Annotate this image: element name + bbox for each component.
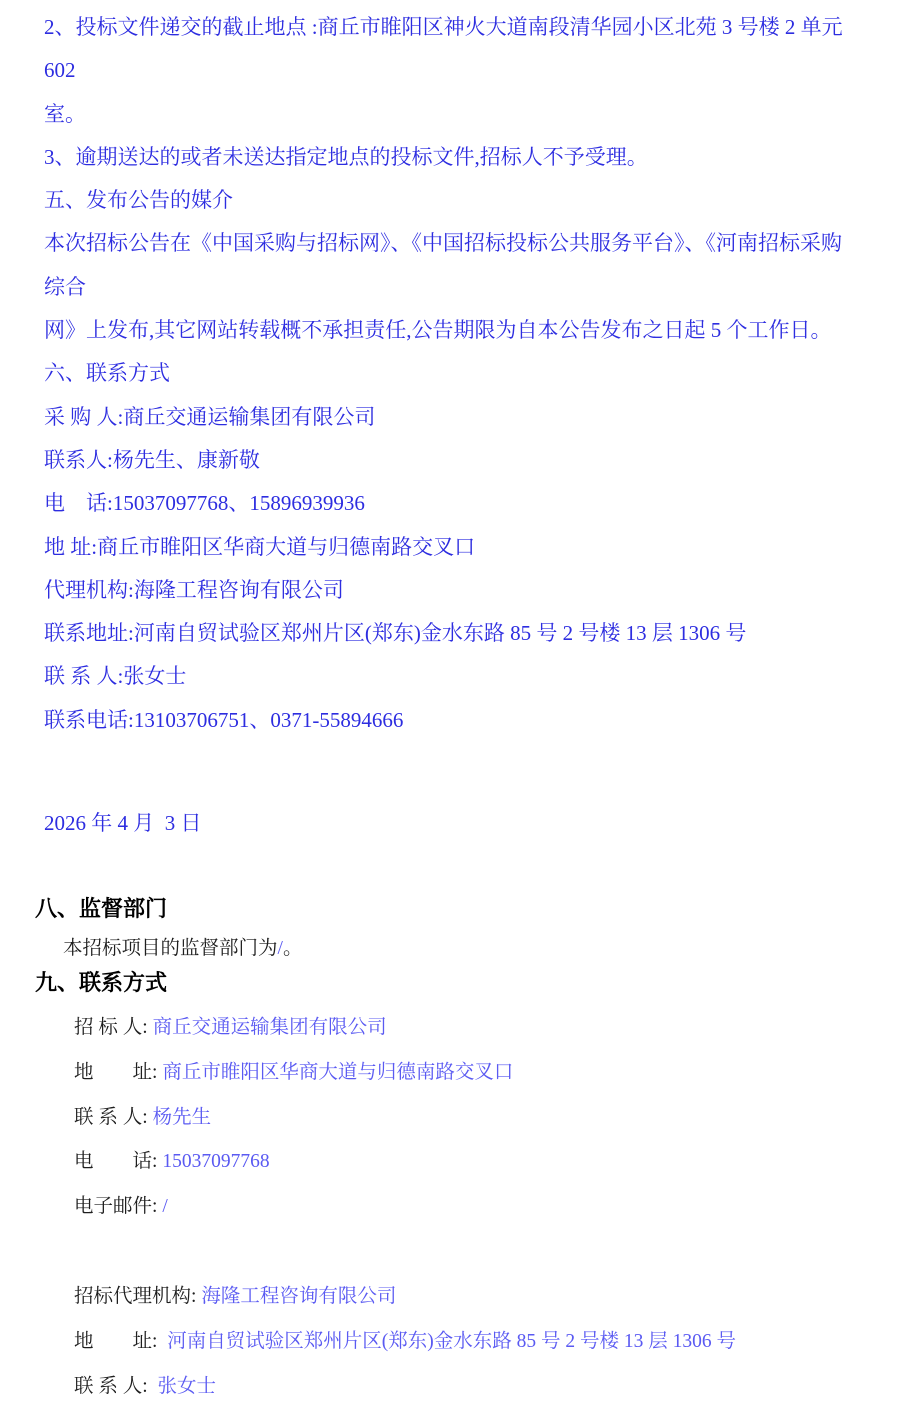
row-value: 张女士	[153, 1376, 216, 1397]
media-paragraph-line-2: 网》上发布,其它网站转载概不承担责任,公告期限为自本公告发布之日起 5 个工作日…	[44, 309, 859, 352]
row-label: 地 址:	[74, 1331, 162, 1352]
agency-contact-person-line: 联 系 人:张女士	[44, 655, 859, 698]
contact-row-address: 地 址:商丘市睢阳区华商大道与归德南路交叉口	[74, 1051, 859, 1096]
address-line: 地 址:商丘市睢阳区华商大道与归德南路交叉口	[44, 526, 859, 569]
contact-row-person: 联 系 人:杨先生	[74, 1096, 859, 1141]
row-value: 商丘市睢阳区华商大道与归德南路交叉口	[162, 1062, 513, 1083]
notice-section: 2、投标文件递交的截止地点 :商丘市睢阳区神火大道南段清华园小区北苑 3 号楼 …	[44, 6, 859, 742]
notice-line-late-delivery: 3、逾期送达的或者未送达指定地点的投标文件,招标人不予受理。	[44, 136, 859, 179]
contact-row-agency: 招标代理机构:海隆工程咨询有限公司	[74, 1275, 859, 1320]
row-label: 招标代理机构:	[74, 1286, 201, 1307]
row-value: /	[162, 1196, 167, 1217]
tenderer-contact-block: 招 标 人:商丘交通运输集团有限公司 地 址:商丘市睢阳区华商大道与归德南路交叉…	[74, 1006, 859, 1229]
contact-row-tenderer: 招 标 人:商丘交通运输集团有限公司	[74, 1006, 859, 1051]
agency-contact-block: 招标代理机构:海隆工程咨询有限公司 地 址: 河南自贸试验区郑州片区(郑东)金水…	[74, 1275, 859, 1409]
supervision-body-text: 本招标项目的监督部门为	[63, 938, 278, 959]
row-value: 河南自贸试验区郑州片区(郑东)金水东路 85 号 2 号楼 13 层 1306 …	[162, 1331, 736, 1352]
notice-line-deadline-location-cont: 室。	[44, 93, 859, 136]
agency-line: 代理机构:海隆工程咨询有限公司	[44, 569, 859, 612]
contact-row-agency-person: 联 系 人: 张女士	[74, 1365, 859, 1409]
section-heading-contact-info: 六、联系方式	[44, 352, 859, 395]
agency-address-line: 联系地址:河南自贸试验区郑州片区(郑东)金水东路 85 号 2 号楼 13 层 …	[44, 612, 859, 655]
media-paragraph-line-1: 本次招标公告在《中国采购与招标网》、《中国招标投标公共服务平台》、《河南招标采购…	[44, 222, 859, 309]
contact-row-phone: 电 话:15037097768	[74, 1140, 859, 1185]
row-value: 杨先生	[153, 1107, 212, 1128]
purchaser-line: 采 购 人:商丘交通运输集团有限公司	[44, 396, 859, 439]
contact-person-line: 联系人:杨先生、康新敬	[44, 439, 859, 482]
tender-notice-document-page: 2、投标文件递交的截止地点 :商丘市睢阳区神火大道南段清华园小区北苑 3 号楼 …	[0, 0, 897, 1409]
supervision-body: 本招标项目的监督部门为/。	[63, 937, 859, 961]
row-value: 15037097768	[162, 1151, 269, 1172]
notice-line-deadline-location: 2、投标文件递交的截止地点 :商丘市睢阳区神火大道南段清华园小区北苑 3 号楼 …	[44, 6, 859, 93]
row-value: 海隆工程咨询有限公司	[201, 1286, 396, 1307]
row-value: 商丘交通运输集团有限公司	[153, 1017, 387, 1038]
row-label: 电子邮件:	[74, 1196, 162, 1217]
section-heading-contact: 九、联系方式	[35, 970, 859, 996]
section-heading-media: 五、发布公告的媒介	[44, 179, 859, 222]
agency-phone-line: 联系电话:13103706751、0371-55894666	[44, 699, 859, 742]
row-label: 电 话:	[74, 1151, 162, 1172]
phone-line: 电 话:15037097768、15896939936	[44, 482, 859, 525]
row-label: 地 址:	[74, 1062, 162, 1083]
contact-row-agency-address: 地 址: 河南自贸试验区郑州片区(郑东)金水东路 85 号 2 号楼 13 层 …	[74, 1320, 859, 1365]
row-label: 联 系 人:	[74, 1107, 153, 1128]
notice-date: 2026 年 4 月 3 日	[44, 802, 859, 845]
contact-row-email: 电子邮件:/	[74, 1185, 859, 1230]
row-label: 联 系 人:	[74, 1376, 153, 1397]
section-heading-supervision: 八、监督部门	[35, 896, 859, 922]
row-label: 招 标 人:	[74, 1017, 153, 1038]
supervision-body-period: 。	[283, 938, 303, 959]
